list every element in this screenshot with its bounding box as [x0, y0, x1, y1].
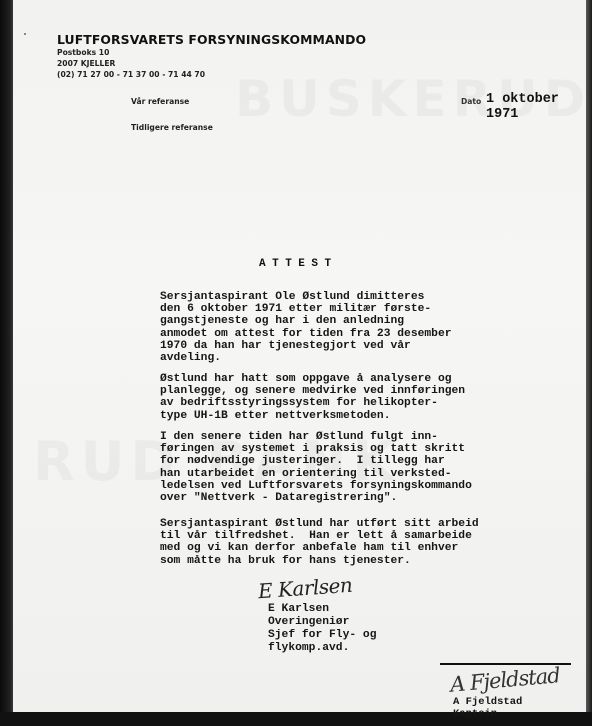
city: 2007 KJELLER — [57, 59, 115, 68]
dust-speck — [24, 33, 26, 35]
date-label: Dato — [461, 97, 481, 106]
paragraph-3: I den senere tiden har Østlund fulgt inn… — [160, 431, 560, 504]
organization-name: LUFTFORSVARETS FORSYNINGSKOMMANDO — [57, 32, 366, 47]
scan-left-border — [0, 0, 13, 726]
document-title: ATTEST — [259, 258, 338, 270]
paragraph-4: Sersjantaspirant Østlund har utført sitt… — [160, 518, 560, 567]
scanned-document: BUSKERUD BANK RUD BANK LUFTFORSVARETS FO… — [0, 0, 592, 726]
paragraph-1: Sersjantaspirant Ole Østlund dimitteres … — [160, 291, 560, 364]
previous-reference-label: Tidligere referanse — [131, 123, 213, 132]
signatory-karlsen-block: E Karlsen Overingeniør Sjef for Fly- og … — [268, 603, 376, 655]
paragraph-2: Østlund har hatt som oppgave å analysere… — [160, 373, 560, 422]
signatory-fjeldstad-block: A Fjeldstad Kaptein — [453, 696, 522, 720]
postbox: Postboks 10 — [57, 48, 109, 57]
phone-numbers: (02) 71 27 00 - 71 37 00 - 71 44 70 — [57, 70, 205, 79]
our-reference-label: Vår referanse — [131, 97, 189, 106]
date-value: 1 oktober 1971 — [486, 92, 592, 122]
